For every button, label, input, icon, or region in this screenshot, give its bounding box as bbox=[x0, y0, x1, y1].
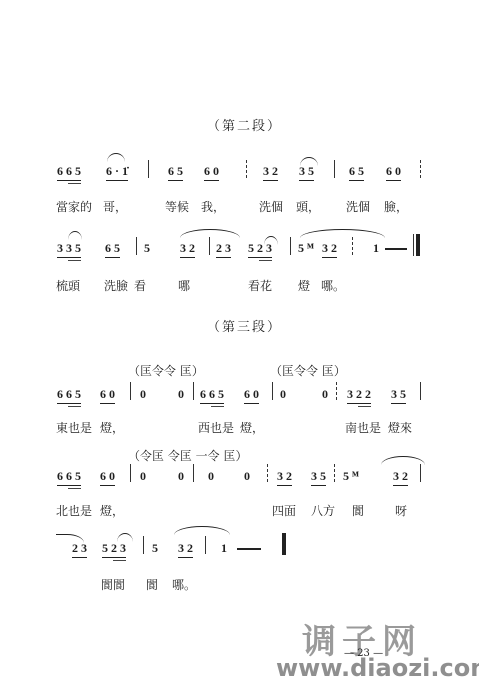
barline bbox=[193, 464, 194, 482]
barline bbox=[148, 160, 149, 178]
barline bbox=[209, 237, 210, 255]
lyric: 東也是 bbox=[56, 419, 92, 436]
lyric: 閬閬 bbox=[101, 576, 125, 593]
note-group: 60 bbox=[100, 387, 118, 402]
note-group: 523 bbox=[102, 541, 129, 556]
watermark-url: www.diaozi.com bbox=[276, 654, 479, 682]
rest: 0 bbox=[178, 387, 187, 402]
lyric: 當家的 bbox=[56, 198, 92, 215]
note-group: 335 bbox=[57, 241, 84, 256]
note-group: 32 bbox=[178, 541, 196, 556]
barline bbox=[420, 464, 421, 482]
lyric: 洗個 bbox=[259, 198, 283, 215]
barline bbox=[193, 382, 194, 400]
barline bbox=[136, 237, 137, 255]
rest: 0 bbox=[280, 387, 289, 402]
note-group: 60 bbox=[100, 469, 118, 484]
note-group: 60 bbox=[386, 164, 404, 179]
lyric: 北也是 bbox=[56, 502, 92, 519]
slur bbox=[381, 456, 425, 465]
lyric: 燈 bbox=[298, 277, 310, 294]
barline-dashed bbox=[352, 237, 353, 255]
lyric: 西也是 bbox=[198, 419, 234, 436]
lyric: 頭， bbox=[296, 198, 320, 215]
barline bbox=[130, 382, 131, 400]
lyric: 四面 bbox=[272, 502, 296, 519]
lyric: 洗個 bbox=[346, 198, 370, 215]
note-group: 65 bbox=[168, 164, 186, 179]
rest: 0 bbox=[244, 469, 253, 484]
barline bbox=[334, 160, 335, 178]
lyric: 我， bbox=[201, 198, 225, 215]
lyric: 燈， bbox=[100, 502, 124, 519]
note-group: 32 bbox=[180, 241, 198, 256]
note-group: 6·1̇ bbox=[106, 164, 131, 179]
barline bbox=[143, 536, 144, 554]
lyric: 八方 bbox=[311, 502, 335, 519]
note-group: 32 bbox=[263, 164, 281, 179]
lyric: 梳頭 bbox=[56, 277, 80, 294]
lyric: 看 bbox=[134, 277, 146, 294]
note-group: 65 bbox=[349, 164, 367, 179]
barline bbox=[205, 536, 206, 554]
lyric: 哪。 bbox=[172, 576, 196, 593]
dash-extension bbox=[385, 248, 407, 250]
note: 1 bbox=[221, 541, 230, 556]
percussion-pattern: （匡令令 匡） bbox=[128, 362, 204, 379]
percussion-pattern: （匡令令 匡） bbox=[270, 362, 346, 379]
note-group: 523 bbox=[248, 241, 275, 256]
lyric: 閬 bbox=[146, 576, 158, 593]
lyric: 哪 bbox=[178, 277, 190, 294]
lyric: 燈來 bbox=[388, 419, 412, 436]
note-with-ornament: 5ᴹ bbox=[343, 469, 362, 484]
note-group: 23 bbox=[72, 541, 90, 556]
note-group: 35 bbox=[299, 164, 317, 179]
note-group: 665 bbox=[57, 387, 84, 402]
barline-dashed bbox=[336, 382, 337, 400]
end-barline bbox=[282, 533, 286, 555]
note: 5 bbox=[152, 541, 161, 556]
lyric: 哥， bbox=[103, 198, 127, 215]
rest: 0 bbox=[140, 387, 149, 402]
barline-dashed bbox=[246, 160, 247, 178]
note-group: 32 bbox=[322, 241, 340, 256]
end-barline bbox=[416, 234, 420, 256]
note-group: 35 bbox=[391, 387, 409, 402]
barline bbox=[290, 237, 291, 255]
note-with-ornament: 5ᴹ bbox=[298, 241, 317, 256]
note: 5 bbox=[144, 241, 153, 256]
lyric: 看花 bbox=[248, 277, 272, 294]
section-title-3: （第三段） bbox=[207, 316, 282, 335]
note-group: 23 bbox=[216, 241, 234, 256]
slur bbox=[180, 229, 240, 238]
note-group: 665 bbox=[200, 387, 227, 402]
rest: 0 bbox=[140, 469, 149, 484]
barline bbox=[420, 382, 421, 400]
lyric: 等候 bbox=[165, 198, 189, 215]
rest: 0 bbox=[322, 387, 331, 402]
section-title-2: （第二段） bbox=[207, 115, 282, 134]
note-group: 32 bbox=[277, 469, 295, 484]
note-group: 60 bbox=[244, 387, 262, 402]
lyric: 洗臉 bbox=[104, 277, 128, 294]
lyric: 閬 bbox=[352, 502, 364, 519]
note-group: 65 bbox=[105, 241, 123, 256]
note-group: 322 bbox=[347, 387, 374, 402]
slur bbox=[107, 153, 125, 162]
note-group: 35 bbox=[311, 469, 329, 484]
dash-extension bbox=[237, 548, 261, 550]
lyric: 燈， bbox=[100, 419, 124, 436]
lyric: 呀 bbox=[395, 502, 407, 519]
slur bbox=[174, 526, 230, 535]
barline bbox=[272, 382, 273, 400]
barline-dashed bbox=[334, 464, 335, 482]
note-group: 665 bbox=[57, 469, 84, 484]
percussion-pattern: （令匡 令匡 一令 匡） bbox=[128, 447, 247, 464]
note-group: 665 bbox=[57, 164, 84, 179]
rest: 0 bbox=[178, 469, 187, 484]
note-group: 32 bbox=[393, 469, 411, 484]
slur bbox=[300, 229, 385, 238]
lyric: 哪。 bbox=[321, 277, 345, 294]
note: 1 bbox=[373, 241, 382, 256]
barline bbox=[130, 464, 131, 482]
lyric: 臉， bbox=[384, 198, 408, 215]
rest: 0 bbox=[208, 469, 217, 484]
barline-dashed bbox=[267, 464, 268, 482]
slur bbox=[68, 231, 82, 240]
barline-thin bbox=[413, 234, 414, 256]
barline-dashed bbox=[420, 160, 421, 178]
lyric: 燈， bbox=[240, 419, 264, 436]
lyric: 南也是 bbox=[345, 419, 381, 436]
note-group: 60 bbox=[204, 164, 222, 179]
